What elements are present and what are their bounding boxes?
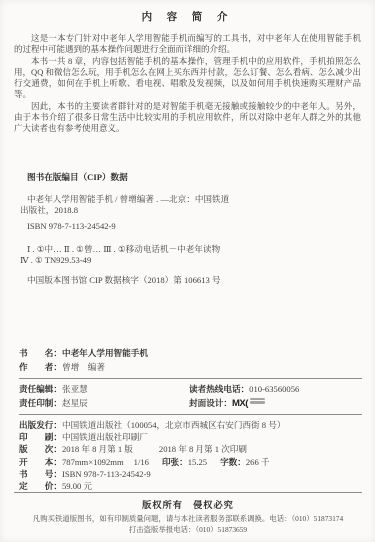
cip-classification-1: Ⅰ . ①中… Ⅱ . ①曾… Ⅲ . ①移动电话机－中老年读物 bbox=[20, 244, 361, 255]
format-size-value: 787mm×1092mm bbox=[62, 456, 124, 468]
cip-classification-2: Ⅳ . ① TN929.53-49 bbox=[20, 255, 361, 266]
summary-paragraph-3: 因此，本书的主要读者群针对的是对智能手机毫无接触或接触较少的中老年人。另外，由于… bbox=[14, 101, 361, 135]
printshop-label: 印 刷： bbox=[19, 431, 62, 443]
cover-design-logo: MX( bbox=[232, 397, 248, 411]
printer-design-row: 责任印制： 赵星辰 封面设计： MX( bbox=[19, 397, 362, 411]
content-summary-section: 内 容 简 介 这是一本专门针对中老年人学用智能手机而编写的工具书，对中老年人在… bbox=[0, 9, 375, 135]
divider bbox=[19, 378, 362, 379]
cover-design-label: 封面设计： bbox=[189, 397, 232, 411]
print-sheets-value: 15.25 bbox=[188, 456, 207, 468]
publisher-value: 中国铁道出版社（100054，北京市西城区右安门西街 8 号） bbox=[62, 419, 285, 431]
quality-contact-line: 凡购买铁道版图书，如有印制质量问题，请与本社读者服务部联系调换。电话：（010）… bbox=[14, 513, 362, 524]
edition-row: 版 次： 2018 年 8 月第 1 版 2018 年 8 月第 1 次印刷 bbox=[19, 443, 362, 455]
cip-isbn: ISBN 978-7-113-24542-9 bbox=[20, 221, 361, 232]
format-row: 开 本： 787mm×1092mm 1/16 印张： 15.25 字数： 266… bbox=[19, 456, 362, 468]
edition-value-2: 2018 年 8 月第 1 次印刷 bbox=[159, 443, 247, 455]
print-supervisor-value: 赵星辰 bbox=[62, 397, 88, 411]
hotline-value: 010-63560056 bbox=[249, 383, 299, 397]
edition-label: 版 次： bbox=[19, 443, 62, 455]
book-title-row: 书 名： 中老年人学用智能手机 bbox=[19, 347, 362, 361]
copyright-notice-title: 版权所有 侵权必究 bbox=[14, 497, 362, 511]
divider bbox=[19, 414, 362, 415]
isbn-value: ISBN 978-7-113-24542-9 bbox=[62, 468, 151, 480]
cover-design-logo-mark bbox=[250, 397, 265, 411]
editor-label: 责任编辑： bbox=[19, 383, 62, 397]
word-count-value: 266 千 bbox=[246, 456, 270, 468]
price-value: 59.00 元 bbox=[62, 480, 92, 492]
cip-data-section: 图书在版编目（CIP）数据 中老年人学用智能手机 / 曾增编著 . —北京：中国… bbox=[20, 172, 361, 286]
editor-hotline-row: 责任编辑： 张亚慧 读者热线电话： 010-63560056 bbox=[19, 383, 362, 397]
print-supervisor-label: 责任印制： bbox=[19, 397, 62, 411]
summary-paragraph-2: 本书一共 8 章，内容包括智能手机的基本操作，管理手机中的应用软件，手机拍照怎么… bbox=[14, 56, 361, 101]
author-row: 作 者： 曾增 编著 bbox=[19, 361, 362, 375]
author-label: 作 者： bbox=[19, 361, 62, 375]
edition-value-1: 2018 年 8 月第 1 版 bbox=[62, 443, 133, 455]
isbn-label: 书 号： bbox=[19, 468, 62, 480]
cip-title-line: 中老年人学用智能手机 / 曾增编著 . —北京：中国铁道 bbox=[20, 194, 361, 205]
isbn-row: 书 号： ISBN 978-7-113-24542-9 bbox=[19, 468, 362, 480]
printshop-row: 印 刷： 中国铁道出版社印刷厂 bbox=[19, 431, 362, 443]
cip-record-number: 中国版本图书馆 CIP 数据核字（2018）第 106613 号 bbox=[20, 275, 361, 286]
piracy-report-line: 打击盗版举报电话：（010）51873659 bbox=[14, 524, 362, 535]
hotline-label: 读者热线电话： bbox=[189, 383, 249, 397]
price-row: 定 价： 59.00 元 bbox=[19, 480, 362, 492]
editor-value: 张亚慧 bbox=[62, 383, 88, 397]
print-sheets-label: 印张： bbox=[162, 456, 188, 468]
book-title-value: 中老年人学用智能手机 bbox=[62, 347, 148, 361]
format-label: 开 本： bbox=[19, 456, 62, 468]
summary-paragraph-1: 这是一本专门针对中老年人学用智能手机而编写的工具书，对中老年人在使用智能手机的过… bbox=[14, 33, 361, 56]
publisher-label: 出版发行： bbox=[19, 419, 62, 431]
cip-publisher-line: 出版社，2018.8 bbox=[20, 205, 361, 216]
author-value: 曾增 编著 bbox=[62, 361, 105, 375]
publisher-row: 出版发行： 中国铁道出版社（100054，北京市西城区右安门西街 8 号） bbox=[19, 419, 362, 431]
copyright-page: 内 容 简 介 这是一本专门针对中老年人学用智能手机而编写的工具书，对中老年人在… bbox=[0, 0, 375, 542]
word-count-label: 字数： bbox=[220, 456, 246, 468]
copyright-notice-section: 版权所有 侵权必究 凡购买铁道版图书，如有印制质量问题，请与本社读者服务部联系调… bbox=[14, 492, 362, 535]
cip-heading: 图书在版编目（CIP）数据 bbox=[20, 172, 361, 183]
book-title-label: 书 名： bbox=[19, 347, 62, 361]
format-ratio-value: 1/16 bbox=[134, 456, 149, 468]
printshop-value: 中国铁道出版社印刷厂 bbox=[62, 431, 148, 443]
book-info-section: 书 名： 中老年人学用智能手机 作 者： 曾增 编著 责任编辑： 张亚慧 读者热… bbox=[19, 347, 362, 492]
price-label: 定 价： bbox=[19, 480, 62, 492]
content-summary-title: 内 容 简 介 bbox=[0, 9, 375, 24]
